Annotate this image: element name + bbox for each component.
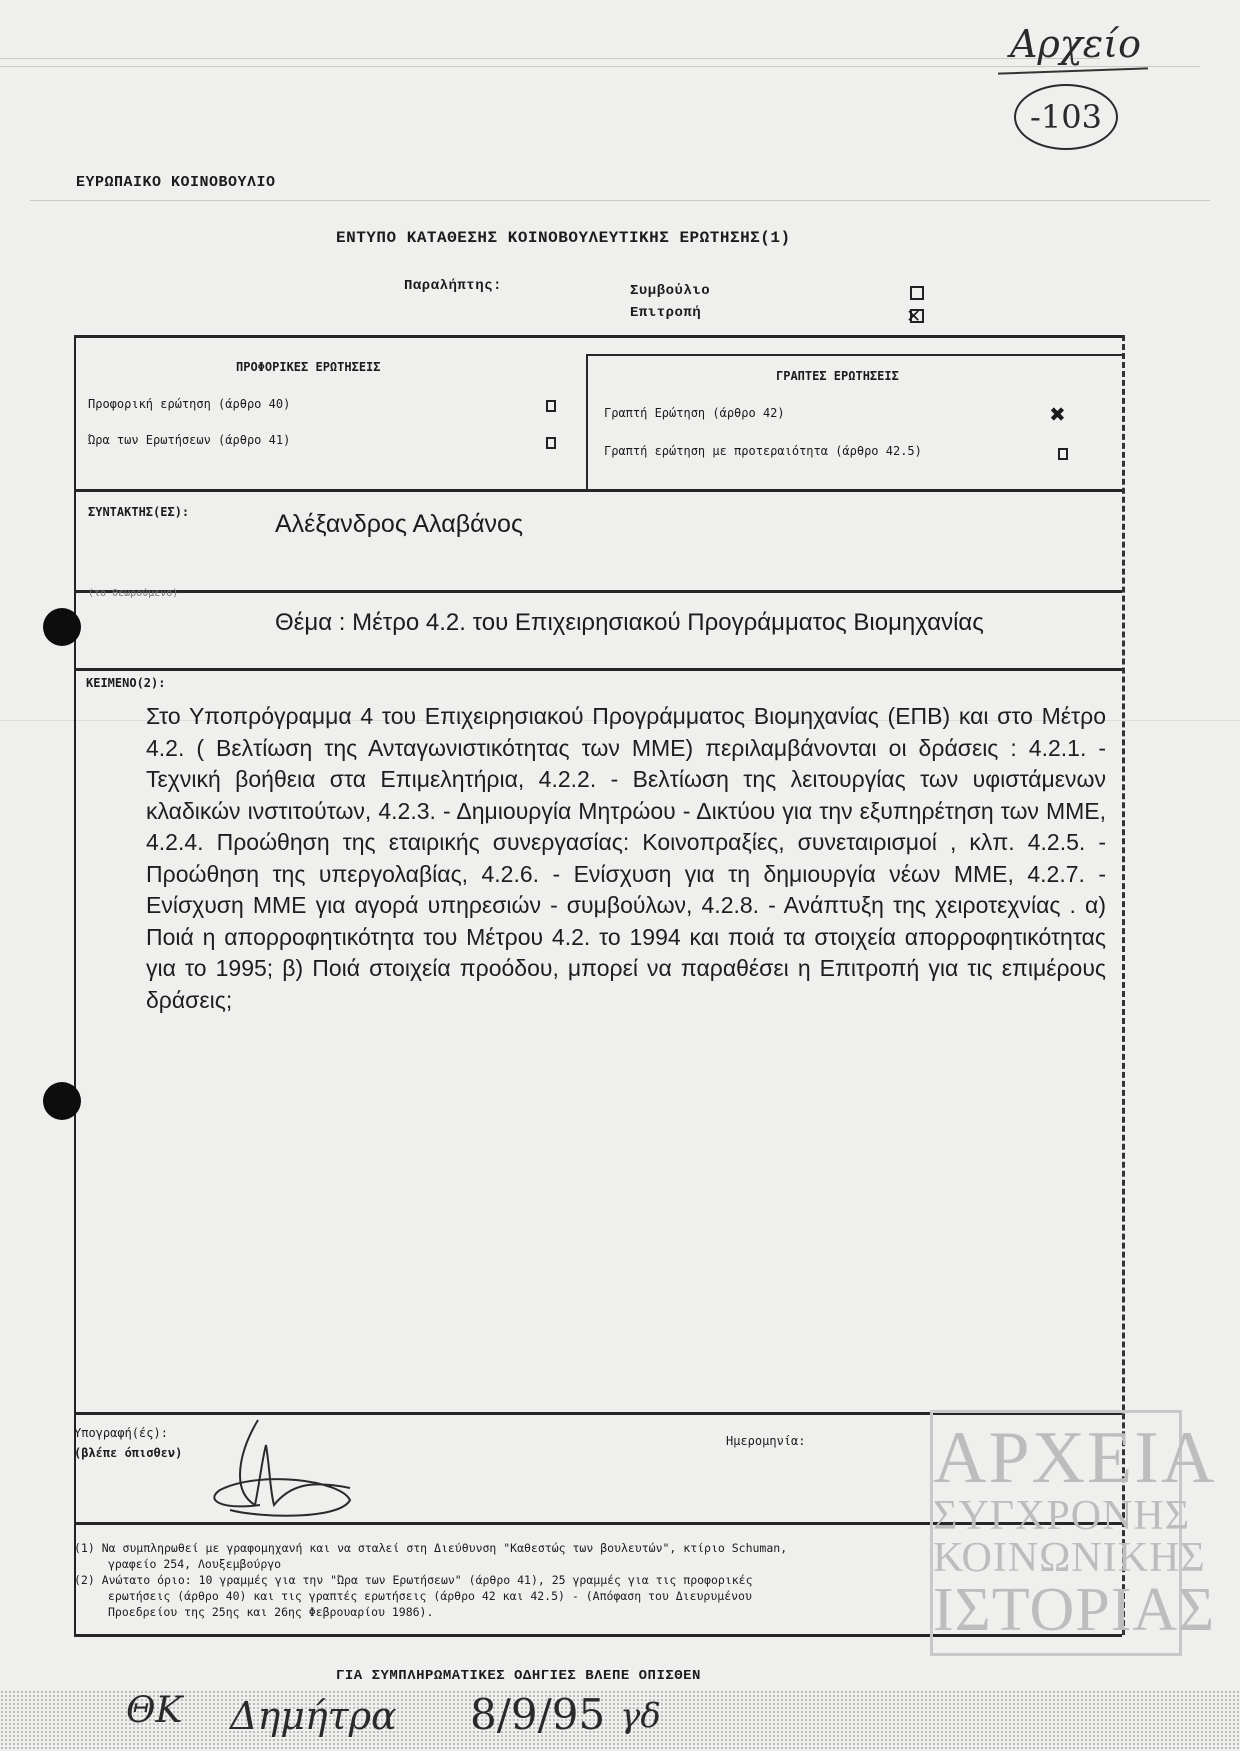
watermark-line4: ΙΣΤΟΡΙΑΣ bbox=[933, 1579, 1179, 1641]
oral-questions-heading: ΠΡΟΦΟΡΙΚΕΣ ΕΡΩΤΗΣΕΙΣ bbox=[236, 360, 381, 374]
institution-name: ΕΥΡΩΠΑΙΚΟ ΚΟΙΝΟΒΟΥΛΙΟ bbox=[76, 174, 276, 191]
handwritten-name: Δημήτρα bbox=[230, 1694, 397, 1738]
watermark-line2: ΣΥΓΧΡΟΝΗΣ bbox=[933, 1495, 1179, 1537]
archive-number: -103 bbox=[1014, 84, 1118, 150]
recipient-commission-label: Επιτροπή bbox=[630, 305, 701, 321]
date-label: Ημερομηνία: bbox=[726, 1434, 805, 1448]
footnote-2-line1: (2) Ανώτατο όριο: 10 γραμμές για την "Ώρ… bbox=[74, 1573, 753, 1587]
oral-question-art40-checkbox[interactable] bbox=[546, 400, 556, 412]
written-question-art42-checkbox[interactable]: ✖ bbox=[1050, 402, 1066, 428]
recipient-label: Παραλήπτης: bbox=[404, 278, 502, 294]
priority-written-question-checkbox[interactable] bbox=[1058, 448, 1068, 460]
oral-question-art40-label: Προφορική ερώτηση (άρθρο 40) bbox=[88, 397, 290, 411]
recipient-council-label: Συμβούλιο bbox=[630, 283, 710, 299]
handwritten-date: 8/9/95 bbox=[470, 1690, 605, 1739]
signature-see-reverse: (βλέπε όπισθεν) bbox=[74, 1446, 182, 1460]
question-time-art41-checkbox[interactable] bbox=[546, 437, 556, 449]
punch-hole bbox=[43, 1082, 81, 1120]
written-question-art42-label: Γραπτή Ερώτηση (άρθρο 42) bbox=[604, 406, 785, 420]
body-label: ΚΕΙΜΕΝΟ(2): bbox=[86, 676, 165, 690]
written-questions-heading: ΓΡΑΠΤΕΣ ΕΡΩΤΗΣΕΙΣ bbox=[776, 369, 899, 383]
archive-watermark: ΑΡΧΕΙΑ ΣΥΓΧΡΟΝΗΣ ΚΟΙΝΩΝΙΚΗΣ ΙΣΤΟΡΙΑΣ bbox=[930, 1410, 1182, 1656]
footnotes: (1) Να συμπληρωθεί με γραφομηχανή και να… bbox=[74, 1540, 787, 1620]
handwritten-suffix: γδ bbox=[620, 1696, 661, 1736]
question-body-text: Στο Υποπρόγραμμα 4 του Επιχειρησιακού Πρ… bbox=[146, 701, 1106, 1016]
checked-x-icon: ✕ bbox=[907, 305, 920, 327]
scan-artifact bbox=[0, 66, 1200, 67]
author-name: Αλέξανδρος Αλαβάνος bbox=[275, 510, 523, 539]
watermark-line1: ΑΡΧΕΙΑ bbox=[933, 1421, 1179, 1495]
priority-written-question-label: Γραπτή ερώτηση με προτεραιότητα (άρθρο 4… bbox=[604, 444, 922, 458]
divider bbox=[74, 590, 1122, 593]
footnote-2-line2: ερωτήσεις (άρθρο 40) και τις γραπτές ερω… bbox=[74, 1589, 752, 1603]
divider bbox=[74, 489, 1122, 492]
archive-underline bbox=[998, 67, 1148, 74]
divider bbox=[74, 668, 1122, 671]
recipient-council-checkbox[interactable] bbox=[910, 286, 924, 300]
author-label: ΣΥΝΤΑΚΤΗΣ(ΕΣ): bbox=[88, 505, 189, 519]
archive-note: Αρχείο bbox=[1010, 22, 1141, 66]
question-time-art41-label: Ώρα των Ερωτήσεων (άρθρο 41) bbox=[88, 433, 290, 447]
footnote-1-line2: γραφείο 254, Λουξεμβούργο bbox=[74, 1557, 281, 1571]
handwritten-initials: ΘΚ bbox=[126, 1690, 182, 1731]
scan-artifact bbox=[30, 200, 1210, 201]
question-type-divider bbox=[586, 356, 588, 491]
punch-hole bbox=[43, 608, 81, 646]
footnote-1-line1: (1) Να συμπληρωθεί με γραφομηχανή και να… bbox=[74, 1541, 787, 1555]
footnote-2-line3: Προεδρείου της 25ης και 26ης Φεβρουαρίου… bbox=[74, 1605, 433, 1619]
scan-artifact bbox=[0, 58, 1100, 59]
watermark-line3: ΚΟΙΝΩΝΙΚΗΣ bbox=[933, 1537, 1179, 1579]
form-title: ΕΝΤΥΠΟ ΚΑΤΑΘΕΣΗΣ ΚΟΙΝΟΒΟΥΛΕΥΤΙΚΗΣ ΕΡΩΤΗΣ… bbox=[336, 229, 791, 247]
signature-label: Υπογραφή(ές): bbox=[74, 1426, 168, 1440]
subject-faded-label: (το θεωρούμενο) bbox=[88, 588, 178, 599]
written-box-top bbox=[586, 354, 1122, 356]
instructions-note: ΓΙΑ ΣΥΜΠΛΗΡΩΜΑΤΙΚΕΣ ΟΔΗΓΙΕΣ ΒΛΕΠΕ ΟΠΙΣΘΕ… bbox=[336, 1668, 701, 1684]
signature-scribble bbox=[200, 1410, 360, 1520]
subject-text: Θέμα : Μέτρο 4.2. του Επιχειρησιακού Προ… bbox=[275, 609, 984, 637]
frame-top-border bbox=[74, 335, 1122, 338]
